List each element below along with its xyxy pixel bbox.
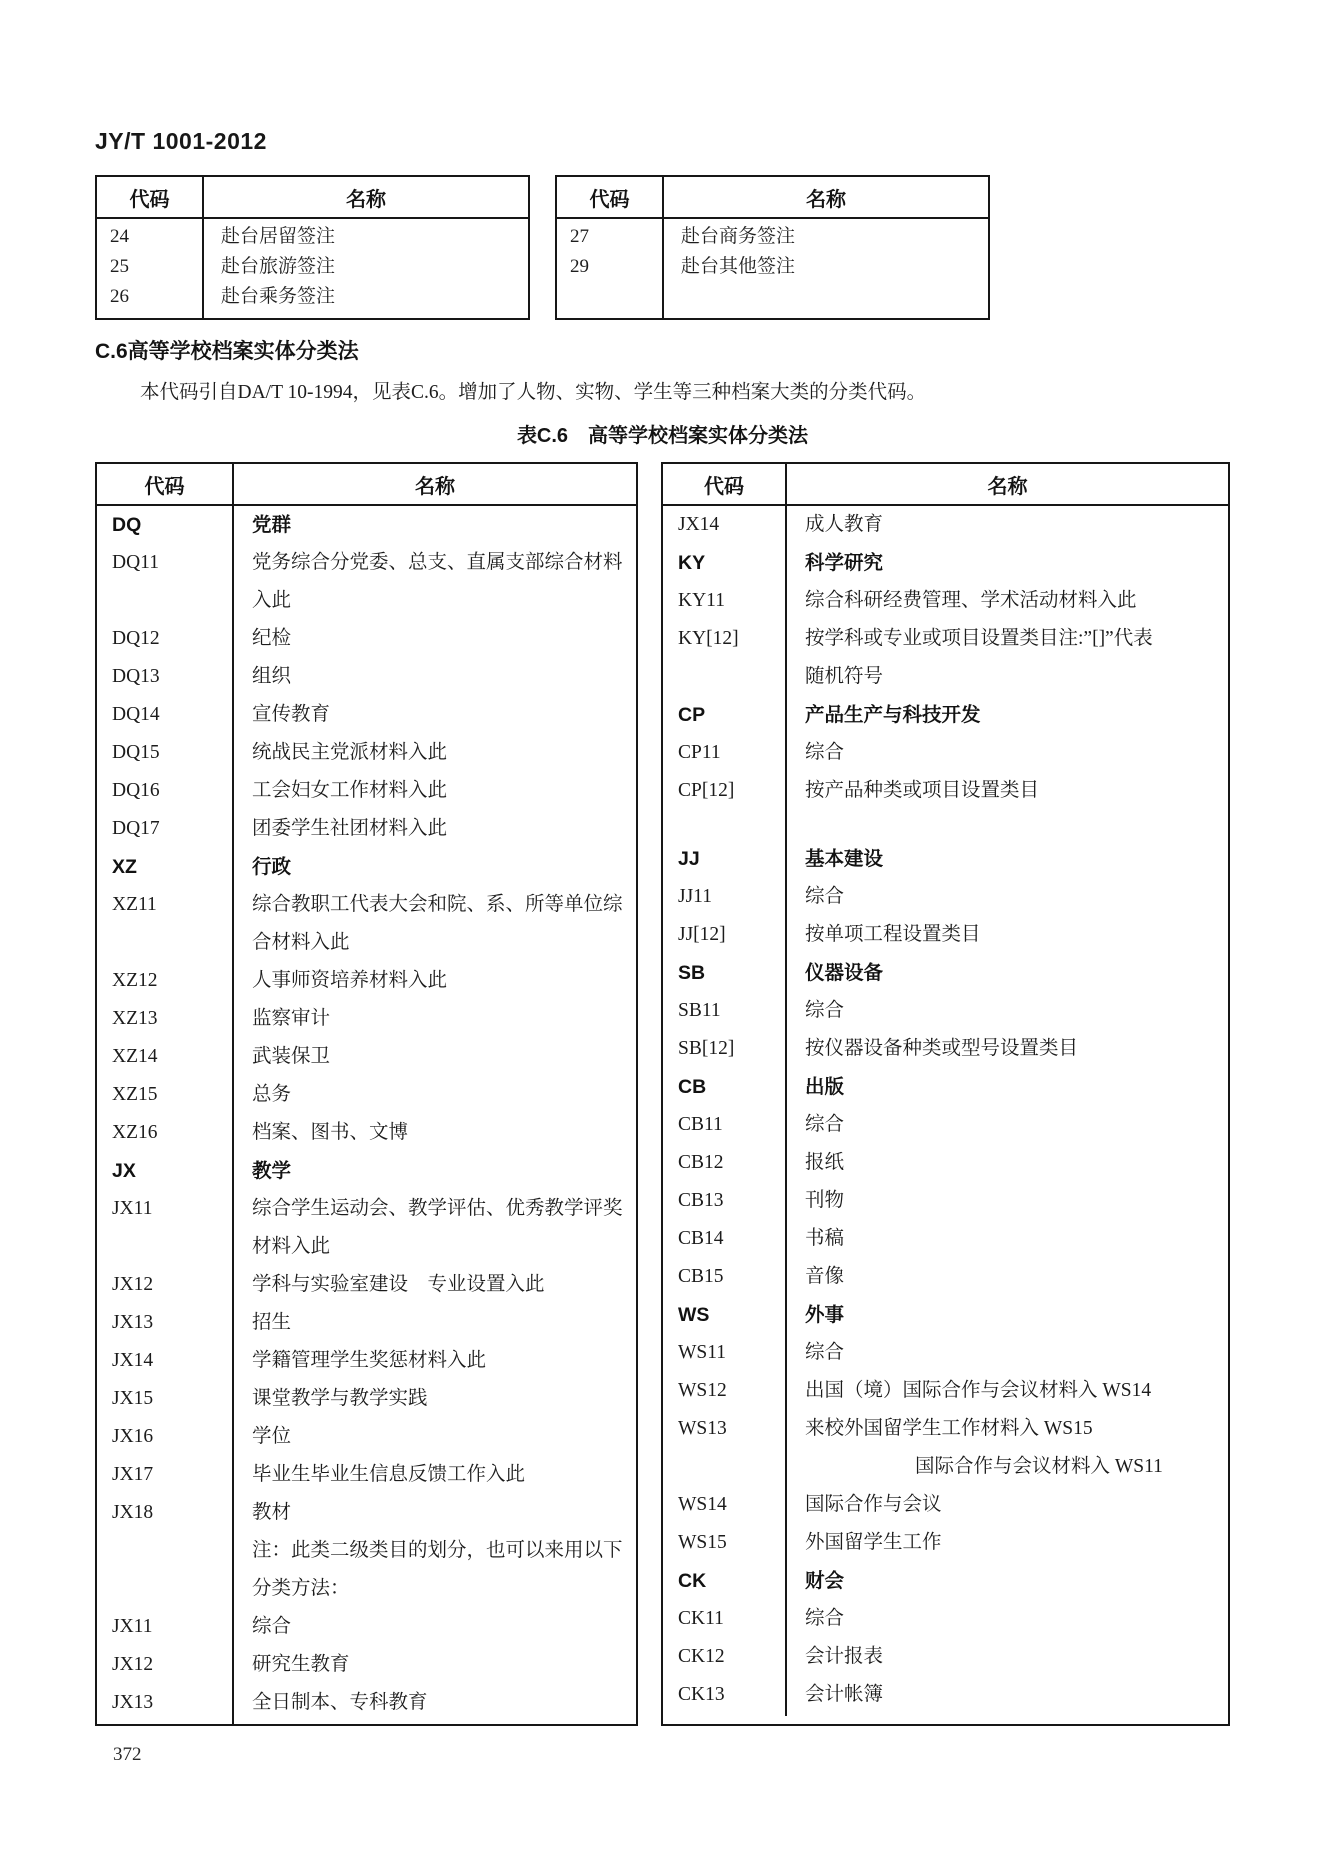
code-cell: JX14: [97, 1342, 232, 1380]
code-cell: DQ15: [97, 734, 232, 772]
code-cell: JJ[12]: [663, 916, 785, 954]
code-cell: CK11: [663, 1600, 785, 1638]
name-line1: 按产品种类或项目设置类目: [805, 780, 1039, 801]
name-line1: 按单项工程设置类目: [805, 924, 981, 945]
code-cell: 27: [557, 222, 662, 252]
name-line1: 出版: [805, 1076, 844, 1098]
name-line1: 行政: [252, 856, 291, 878]
name-cell: 出版: [785, 1068, 1228, 1106]
name-line1: 招生: [252, 1312, 291, 1333]
name-line1: 仪器设备: [805, 962, 883, 984]
code-cell: JJ11: [663, 878, 785, 916]
name-cell: 人事师资培养材料入此: [232, 962, 636, 1000]
name-cell: 音像: [785, 1258, 1228, 1296]
name-cell: 总务: [232, 1076, 636, 1114]
name-line1: 外事: [805, 1304, 844, 1326]
code-cell: SB: [663, 954, 785, 992]
doc-number: JY/T 1001-2012: [95, 128, 1230, 155]
name-line1: 教材: [252, 1502, 291, 1523]
code-cell: SB[12]: [663, 1030, 785, 1068]
name-line1: 会计报表: [805, 1646, 883, 1667]
name-line1: 音像: [805, 1266, 844, 1287]
code-cell: [97, 1532, 232, 1608]
table-row: SB[12] 按仪器设备种类或型号设置类目: [663, 1030, 1228, 1068]
table-caption: 表C.6 高等学校档案实体分类法: [95, 419, 1230, 448]
table-header-row: 代码 名称: [557, 177, 988, 219]
name-header-cell: 名称: [664, 177, 988, 217]
table-row: DQ11 党务综合分党委、总支、直属支部综合材料入此: [97, 544, 636, 620]
name-line1: 综合: [805, 1114, 844, 1135]
name-line2: 入此: [252, 582, 628, 620]
code-cell: XZ12: [97, 962, 232, 1000]
name-line1: 成人教育: [805, 514, 883, 535]
code-cell: DQ13: [97, 658, 232, 696]
table-row: XZ15 总务: [97, 1076, 636, 1114]
name-cell: 按产品种类或项目设置类目: [785, 772, 1228, 810]
table-row: CB12 报纸: [663, 1144, 1228, 1182]
name-line2: 国际合作与会议材料入 WS11: [805, 1448, 1220, 1486]
name-line1: 团委学生社团材料入此: [252, 818, 447, 839]
name-cell: 赴台商务签注: [662, 222, 988, 252]
name-cell: 科学研究: [785, 544, 1228, 582]
table-body: DQ 党群 DQ11 党务综合分党委、总支、直属支部综合材料入此 DQ12 纪检…: [97, 506, 636, 1724]
name-line1: 会计帐簿: [805, 1684, 883, 1705]
code-cell: JX12: [97, 1266, 232, 1304]
table-row: JX11 综合: [97, 1608, 636, 1646]
name-cell: 综合: [785, 1334, 1228, 1372]
name-cell: 工会妇女工作材料入此: [232, 772, 636, 810]
name-line1: 武装保卫: [252, 1046, 330, 1067]
name-cell: 产品生产与科技开发: [785, 696, 1228, 734]
name-line2: 随机符号: [805, 658, 1220, 696]
table-row: CK 财会: [663, 1562, 1228, 1600]
name-cell: 宣传教育: [232, 696, 636, 734]
table-row: CP[12] 按产品种类或项目设置类目: [663, 772, 1228, 810]
name-cell: 学科与实验室建设 专业设置入此: [232, 1266, 636, 1304]
table-row: JX12 学科与实验室建设 专业设置入此: [97, 1266, 636, 1304]
name-line1: 工会妇女工作材料入此: [252, 780, 447, 801]
code-cell: KY[12]: [663, 620, 785, 696]
table-row: JX11 综合学生运动会、教学评估、优秀教学评奖材料入此: [97, 1190, 636, 1266]
code-cell: CB13: [663, 1182, 785, 1220]
name-cell: 综合学生运动会、教学评估、优秀教学评奖材料入此: [232, 1190, 636, 1266]
name-line1: 注：此类二级类目的划分，也可以来用以下: [252, 1540, 623, 1561]
name-line1: 学科与实验室建设 专业设置入此: [252, 1274, 545, 1295]
name-cell: 档案、图书、文博: [232, 1114, 636, 1152]
table-row: DQ15 统战民主党派材料入此: [97, 734, 636, 772]
code-cell: DQ16: [97, 772, 232, 810]
table-row: JJ11 综合: [663, 878, 1228, 916]
name-line1: 监察审计: [252, 1008, 330, 1029]
name-cell: 出国（境）国际合作与会议材料入 WS14: [785, 1372, 1228, 1410]
visa-tables: 代码 名称 24 赴台居留签注 25 赴台旅游签注 26 赴台乘务签注 代码 名…: [95, 175, 1230, 320]
code-header-cell: 代码: [97, 464, 234, 504]
table-header-row: 代码 名称: [97, 464, 636, 506]
name-line1: 毕业生毕业生信息反馈工作入此: [252, 1464, 525, 1485]
name-line1: 外国留学生工作: [805, 1532, 942, 1553]
code-cell: [663, 810, 785, 840]
name-line1: 总务: [252, 1084, 291, 1105]
code-cell: JX: [97, 1152, 232, 1190]
name-line1: 综合: [805, 1000, 844, 1021]
table-row: 24 赴台居留签注: [97, 222, 528, 252]
name-cell: 注：此类二级类目的划分，也可以来用以下分类方法：: [232, 1532, 636, 1608]
name-line1: 纪检: [252, 628, 291, 649]
name-line1: 来校外国留学生工作材料入 WS15: [805, 1418, 1093, 1439]
table-row: XZ13 监察审计: [97, 1000, 636, 1038]
table-row: DQ13 组织: [97, 658, 636, 696]
name-cell: 综合: [232, 1608, 636, 1646]
name-line1: 综合: [805, 742, 844, 763]
table-row: DQ14 宣传教育: [97, 696, 636, 734]
table-row: DQ17 团委学生社团材料入此: [97, 810, 636, 848]
code-cell: JX15: [97, 1380, 232, 1418]
table-row: DQ16 工会妇女工作材料入此: [97, 772, 636, 810]
code-cell: DQ12: [97, 620, 232, 658]
name-cell: 全日制本、专科教育: [232, 1684, 636, 1722]
table-row: CB13 刊物: [663, 1182, 1228, 1220]
code-cell: JJ: [663, 840, 785, 878]
name-line1: 科学研究: [805, 552, 883, 574]
table-row: KY11 综合科研经费管理、学术活动材料入此: [663, 582, 1228, 620]
table-body: 27 赴台商务签注 29 赴台其他签注: [557, 219, 988, 318]
name-line1: 书稿: [805, 1228, 844, 1249]
table-row: WS12 出国（境）国际合作与会议材料入 WS14: [663, 1372, 1228, 1410]
name-line1: 综合学生运动会、教学评估、优秀教学评奖: [252, 1198, 623, 1219]
name-line1: 学位: [252, 1426, 291, 1447]
code-cell: KY: [663, 544, 785, 582]
code-header-cell: 代码: [663, 464, 787, 504]
name-line2: 分类方法：: [252, 1570, 628, 1608]
name-line1: 学籍管理学生奖惩材料入此: [252, 1350, 486, 1371]
table-row: CK11 综合: [663, 1600, 1228, 1638]
table-row: JX12 研究生教育: [97, 1646, 636, 1684]
table-row: SB11 综合: [663, 992, 1228, 1030]
code-cell: XZ11: [97, 886, 232, 962]
name-cell: 党务综合分党委、总支、直属支部综合材料入此: [232, 544, 636, 620]
table-row: JJ[12] 按单项工程设置类目: [663, 916, 1228, 954]
code-cell: SB11: [663, 992, 785, 1030]
name-cell: 教学: [232, 1152, 636, 1190]
name-cell: 外国留学生工作: [785, 1524, 1228, 1562]
code-cell: CP: [663, 696, 785, 734]
table-row: 25 赴台旅游签注: [97, 252, 528, 282]
code-cell: CB15: [663, 1258, 785, 1296]
name-cell: 教材: [232, 1494, 636, 1532]
name-line1: 综合科研经费管理、学术活动材料入此: [805, 590, 1137, 611]
name-cell: 来校外国留学生工作材料入 WS15国际合作与会议材料入 WS11: [785, 1410, 1228, 1486]
table-row: SB 仪器设备: [663, 954, 1228, 992]
code-cell: 26: [97, 282, 202, 312]
code-cell: CK12: [663, 1638, 785, 1676]
name-cell: 赴台旅游签注: [202, 252, 528, 282]
table-row: CB15 音像: [663, 1258, 1228, 1296]
name-line1: 刊物: [805, 1190, 844, 1211]
code-cell: DQ11: [97, 544, 232, 620]
name-cell: 毕业生毕业生信息反馈工作入此: [232, 1456, 636, 1494]
table-row: DQ 党群: [97, 506, 636, 544]
table-row: [663, 810, 1228, 840]
code-cell: CB11: [663, 1106, 785, 1144]
table-row: CK12 会计报表: [663, 1638, 1228, 1676]
code-cell: CB12: [663, 1144, 785, 1182]
table-row: JX17 毕业生毕业生信息反馈工作入此: [97, 1456, 636, 1494]
table-row: WS11 综合: [663, 1334, 1228, 1372]
table-row: XZ12 人事师资培养材料入此: [97, 962, 636, 1000]
code-cell: 29: [557, 252, 662, 282]
code-cell: 25: [97, 252, 202, 282]
name-cell: 刊物: [785, 1182, 1228, 1220]
code-header-cell: 代码: [97, 177, 204, 217]
code-cell: CB14: [663, 1220, 785, 1258]
name-cell: 课堂教学与教学实践: [232, 1380, 636, 1418]
table-row: WS 外事: [663, 1296, 1228, 1334]
name-cell: 赴台居留签注: [202, 222, 528, 252]
table-row: XZ14 武装保卫: [97, 1038, 636, 1076]
table-row: CK13 会计帐簿: [663, 1676, 1228, 1714]
name-cell: 行政: [232, 848, 636, 886]
name-cell: 统战民主党派材料入此: [232, 734, 636, 772]
table-body: 24 赴台居留签注 25 赴台旅游签注 26 赴台乘务签注: [97, 219, 528, 318]
name-line1: 综合: [805, 1342, 844, 1363]
page-number: 372: [113, 1744, 1230, 1766]
code-cell: DQ17: [97, 810, 232, 848]
code-cell: XZ14: [97, 1038, 232, 1076]
name-line1: 综合: [805, 886, 844, 907]
table-row: XZ11 综合教职工代表大会和院、系、所等单位综合材料入此: [97, 886, 636, 962]
name-cell: 团委学生社团材料入此: [232, 810, 636, 848]
name-line1: 综合: [252, 1616, 291, 1637]
name-cell: 武装保卫: [232, 1038, 636, 1076]
name-header-cell: 名称: [204, 177, 528, 217]
archive-table-left: 代码 名称 DQ 党群 DQ11 党务综合分党委、总支、直属支部综合材料入此 D…: [95, 462, 638, 1726]
code-cell: JX14: [663, 506, 785, 544]
name-line1: 教学: [252, 1160, 291, 1182]
name-cell: 成人教育: [785, 506, 1228, 544]
name-cell: [785, 810, 1228, 840]
name-cell: 综合科研经费管理、学术活动材料入此: [785, 582, 1228, 620]
name-cell: 研究生教育: [232, 1646, 636, 1684]
code-cell: JX11: [97, 1608, 232, 1646]
code-cell: CP11: [663, 734, 785, 772]
table-row: CP11 综合: [663, 734, 1228, 772]
table-row: WS13 来校外国留学生工作材料入 WS15国际合作与会议材料入 WS11: [663, 1410, 1228, 1486]
code-cell: CP[12]: [663, 772, 785, 810]
name-header-cell: 名称: [234, 464, 636, 504]
name-cell: 综合: [785, 734, 1228, 772]
table-row: XZ 行政: [97, 848, 636, 886]
code-cell: WS: [663, 1296, 785, 1334]
name-line1: 组织: [252, 666, 291, 687]
table-row: WS15 外国留学生工作: [663, 1524, 1228, 1562]
name-line1: 综合教职工代表大会和院、系、所等单位综: [252, 894, 623, 915]
name-cell: 财会: [785, 1562, 1228, 1600]
intro-paragraph: 本代码引自DA/T 10-1994，见表C.6。增加了人物、实物、学生等三种档案…: [95, 380, 1230, 406]
table-row: JX18 教材: [97, 1494, 636, 1532]
name-line1: 人事师资培养材料入此: [252, 970, 447, 991]
code-cell: XZ15: [97, 1076, 232, 1114]
visa-table-right: 代码 名称 27 赴台商务签注 29 赴台其他签注: [555, 175, 990, 320]
code-cell: XZ13: [97, 1000, 232, 1038]
name-line1: 综合: [805, 1608, 844, 1629]
name-cell: 纪检: [232, 620, 636, 658]
name-cell: 综合: [785, 1600, 1228, 1638]
table-row: CP 产品生产与科技开发: [663, 696, 1228, 734]
name-line1: 党务综合分党委、总支、直属支部综合材料: [252, 552, 623, 573]
name-cell: 学位: [232, 1418, 636, 1456]
table-row: JX13 招生: [97, 1304, 636, 1342]
table-row: CB11 综合: [663, 1106, 1228, 1144]
table-body: JX14 成人教育 KY 科学研究 KY11 综合科研经费管理、学术活动材料入此…: [663, 506, 1228, 1716]
table-row: DQ12 纪检: [97, 620, 636, 658]
archive-tables: 代码 名称 DQ 党群 DQ11 党务综合分党委、总支、直属支部综合材料入此 D…: [95, 462, 1230, 1726]
name-line2: 合材料入此: [252, 924, 628, 962]
name-line1: 按学科或专业或项目设置类目注:”[]”代表: [805, 628, 1153, 649]
name-line1: 宣传教育: [252, 704, 330, 725]
name-line1: 档案、图书、文博: [252, 1122, 408, 1143]
table-row: 26 赴台乘务签注: [97, 282, 528, 312]
name-cell: 按单项工程设置类目: [785, 916, 1228, 954]
name-cell: 仪器设备: [785, 954, 1228, 992]
table-row: CB 出版: [663, 1068, 1228, 1106]
name-line1: 国际合作与会议: [805, 1494, 942, 1515]
table-row: KY[12] 按学科或专业或项目设置类目注:”[]”代表随机符号: [663, 620, 1228, 696]
name-cell: 会计报表: [785, 1638, 1228, 1676]
name-line1: 研究生教育: [252, 1654, 350, 1675]
table-row: JX13 全日制本、专科教育: [97, 1684, 636, 1722]
code-cell: XZ16: [97, 1114, 232, 1152]
code-cell: JX17: [97, 1456, 232, 1494]
table-row: JX15 课堂教学与教学实践: [97, 1380, 636, 1418]
code-cell: JX18: [97, 1494, 232, 1532]
name-cell: 监察审计: [232, 1000, 636, 1038]
name-line1: 统战民主党派材料入此: [252, 742, 447, 763]
code-cell: DQ14: [97, 696, 232, 734]
name-cell: 外事: [785, 1296, 1228, 1334]
name-line1: 财会: [805, 1570, 844, 1592]
name-cell: 按学科或专业或项目设置类目注:”[]”代表随机符号: [785, 620, 1228, 696]
table-row: JX16 学位: [97, 1418, 636, 1456]
name-cell: 综合: [785, 1106, 1228, 1144]
name-cell: 赴台其他签注: [662, 252, 988, 282]
code-cell: WS11: [663, 1334, 785, 1372]
code-cell: WS13: [663, 1410, 785, 1486]
name-line1: 产品生产与科技开发: [805, 704, 981, 726]
name-cell: 综合: [785, 992, 1228, 1030]
name-cell: 招生: [232, 1304, 636, 1342]
code-cell: JX13: [97, 1684, 232, 1722]
name-cell: 学籍管理学生奖惩材料入此: [232, 1342, 636, 1380]
code-cell: JX11: [97, 1190, 232, 1266]
name-line1: 出国（境）国际合作与会议材料入 WS14: [805, 1380, 1151, 1401]
name-cell: 综合: [785, 878, 1228, 916]
name-line1: 报纸: [805, 1152, 844, 1173]
table-row: 27 赴台商务签注: [557, 222, 988, 252]
code-cell: 24: [97, 222, 202, 252]
name-line1: 基本建设: [805, 848, 883, 870]
archive-table-right: 代码 名称 JX14 成人教育 KY 科学研究 KY11 综合科研经费管理、学术…: [661, 462, 1230, 1726]
name-cell: 会计帐簿: [785, 1676, 1228, 1714]
table-row: CB14 书稿: [663, 1220, 1228, 1258]
table-row: 29 赴台其他签注: [557, 252, 988, 282]
name-cell: 赴台乘务签注: [202, 282, 528, 312]
name-cell: 基本建设: [785, 840, 1228, 878]
code-cell: XZ: [97, 848, 232, 886]
code-cell: JX12: [97, 1646, 232, 1684]
name-cell: 党群: [232, 506, 636, 544]
name-line1: 全日制本、专科教育: [252, 1692, 428, 1713]
code-cell: KY11: [663, 582, 785, 620]
name-line2: 材料入此: [252, 1228, 628, 1266]
name-cell: 综合教职工代表大会和院、系、所等单位综合材料入此: [232, 886, 636, 962]
code-cell: WS15: [663, 1524, 785, 1562]
table-row: WS14 国际合作与会议: [663, 1486, 1228, 1524]
name-cell: 按仪器设备种类或型号设置类目: [785, 1030, 1228, 1068]
name-header-cell: 名称: [787, 464, 1228, 504]
name-cell: 组织: [232, 658, 636, 696]
code-header-cell: 代码: [557, 177, 664, 217]
table-row: JJ 基本建设: [663, 840, 1228, 878]
name-line1: 课堂教学与教学实践: [252, 1388, 428, 1409]
code-cell: JX16: [97, 1418, 232, 1456]
code-cell: CK13: [663, 1676, 785, 1714]
code-cell: DQ: [97, 506, 232, 544]
visa-table-left: 代码 名称 24 赴台居留签注 25 赴台旅游签注 26 赴台乘务签注: [95, 175, 530, 320]
table-row: JX 教学: [97, 1152, 636, 1190]
table-row: KY 科学研究: [663, 544, 1228, 582]
document-page: JY/T 1001-2012 代码 名称 24 赴台居留签注 25 赴台旅游签注…: [0, 0, 1323, 1871]
table-row: JX14 学籍管理学生奖惩材料入此: [97, 1342, 636, 1380]
section-heading: C.6高等学校档案实体分类法: [95, 335, 1230, 365]
table-row: XZ16 档案、图书、文博: [97, 1114, 636, 1152]
table-header-row: 代码 名称: [663, 464, 1228, 506]
code-cell: CB: [663, 1068, 785, 1106]
table-row: JX14 成人教育: [663, 506, 1228, 544]
code-cell: JX13: [97, 1304, 232, 1342]
table-row: 注：此类二级类目的划分，也可以来用以下分类方法：: [97, 1532, 636, 1608]
name-cell: 报纸: [785, 1144, 1228, 1182]
code-cell: WS14: [663, 1486, 785, 1524]
table-header-row: 代码 名称: [97, 177, 528, 219]
code-cell: WS12: [663, 1372, 785, 1410]
name-line1: 党群: [252, 514, 291, 536]
name-cell: 书稿: [785, 1220, 1228, 1258]
name-cell: 国际合作与会议: [785, 1486, 1228, 1524]
name-line1: 按仪器设备种类或型号设置类目: [805, 1038, 1078, 1059]
code-cell: CK: [663, 1562, 785, 1600]
